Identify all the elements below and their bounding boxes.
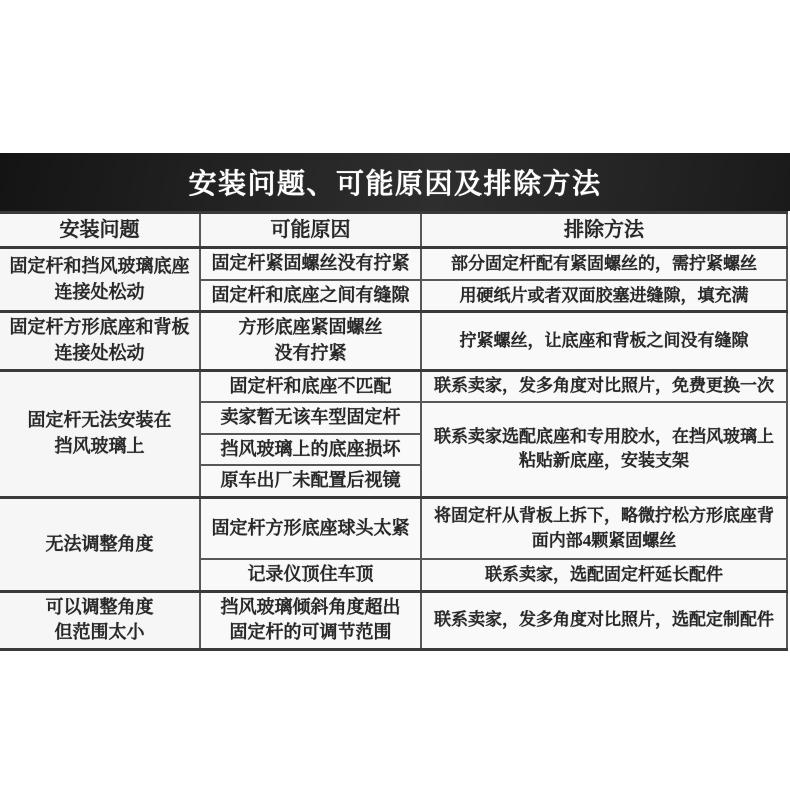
page: 安装问题、可能原因及排除方法 安装问题 可能原因 排除方法 固定杆和挡风玻璃底座… (0, 0, 790, 790)
problem-cell: 可以调整角度 但范围太小 (0, 591, 200, 649)
table-row: 固定杆方形底座和背板 连接处松动 方形底座紧固螺丝 没有拧紧 拧紧螺丝，让底座和… (0, 312, 787, 370)
cause-cell: 固定杆紧固螺丝没有拧紧 (200, 248, 421, 280)
cause-cell: 固定杆和底座之间有缝隙 (200, 280, 421, 312)
header-possible-cause: 可能原因 (200, 213, 421, 248)
cause-cell: 方形底座紧固螺丝 没有拧紧 (200, 312, 421, 370)
troubleshooting-table: 安装问题 可能原因 排除方法 固定杆和挡风玻璃底座 连接处松动 固定杆紧固螺丝没… (0, 211, 788, 651)
cause-cell: 固定杆和底座不匹配 (200, 370, 421, 402)
cause-cell: 挡风玻璃上的底座损坏 (200, 434, 421, 466)
method-cell: 联系卖家，选配固定杆延长配件 (421, 559, 787, 591)
problem-cell: 固定杆和挡风玻璃底座 连接处松动 (0, 248, 200, 312)
table-row: 无法调整角度 固定杆方形底座球头太紧 将固定杆从背板上拆下，略微拧松方形底座背 … (0, 497, 787, 559)
cause-cell: 卖家暂无该车型固定杆 (200, 402, 421, 434)
cause-cell: 固定杆方形底座球头太紧 (200, 497, 421, 559)
method-cell: 联系卖家选配底座和专用胶水，在挡风玻璃上 粘贴新底座，安装支架 (421, 402, 787, 497)
method-cell: 联系卖家，发多角度对比照片，选配定制配件 (421, 591, 787, 649)
method-cell: 部分固定杆配有紧固螺丝的，需拧紧螺丝 (421, 248, 787, 280)
page-title: 安装问题、可能原因及排除方法 (188, 162, 601, 202)
problem-cell: 固定杆方形底座和背板 连接处松动 (0, 312, 200, 370)
problem-cell: 无法调整角度 (0, 497, 200, 591)
cause-cell: 记录仪顶住车顶 (200, 559, 421, 591)
cause-cell: 挡风玻璃倾斜角度超出 固定杆的可调节范围 (200, 591, 421, 649)
method-cell: 将固定杆从背板上拆下，略微拧松方形底座背 面内部4颗紧固螺丝 (421, 497, 787, 559)
table-row: 固定杆和挡风玻璃底座 连接处松动 固定杆紧固螺丝没有拧紧 部分固定杆配有紧固螺丝… (0, 248, 787, 280)
table-row: 可以调整角度 但范围太小 挡风玻璃倾斜角度超出 固定杆的可调节范围 联系卖家，发… (0, 591, 787, 649)
method-cell: 用硬纸片或者双面胶塞进缝隙，填充满 (421, 280, 787, 312)
method-cell: 拧紧螺丝，让底座和背板之间没有缝隙 (421, 312, 787, 370)
cause-cell: 原车出厂未配置后视镜 (200, 465, 421, 497)
method-cell: 联系卖家，发多角度对比照片，免费更换一次 (421, 370, 787, 402)
header-remedy: 排除方法 (421, 213, 787, 248)
title-banner: 安装问题、可能原因及排除方法 (0, 153, 790, 211)
header-install-problem: 安装问题 (0, 213, 200, 248)
table-row: 固定杆无法安装在 挡风玻璃上 固定杆和底座不匹配 联系卖家，发多角度对比照片，免… (0, 370, 787, 402)
problem-cell: 固定杆无法安装在 挡风玻璃上 (0, 370, 200, 497)
header-row: 安装问题 可能原因 排除方法 (0, 213, 787, 248)
